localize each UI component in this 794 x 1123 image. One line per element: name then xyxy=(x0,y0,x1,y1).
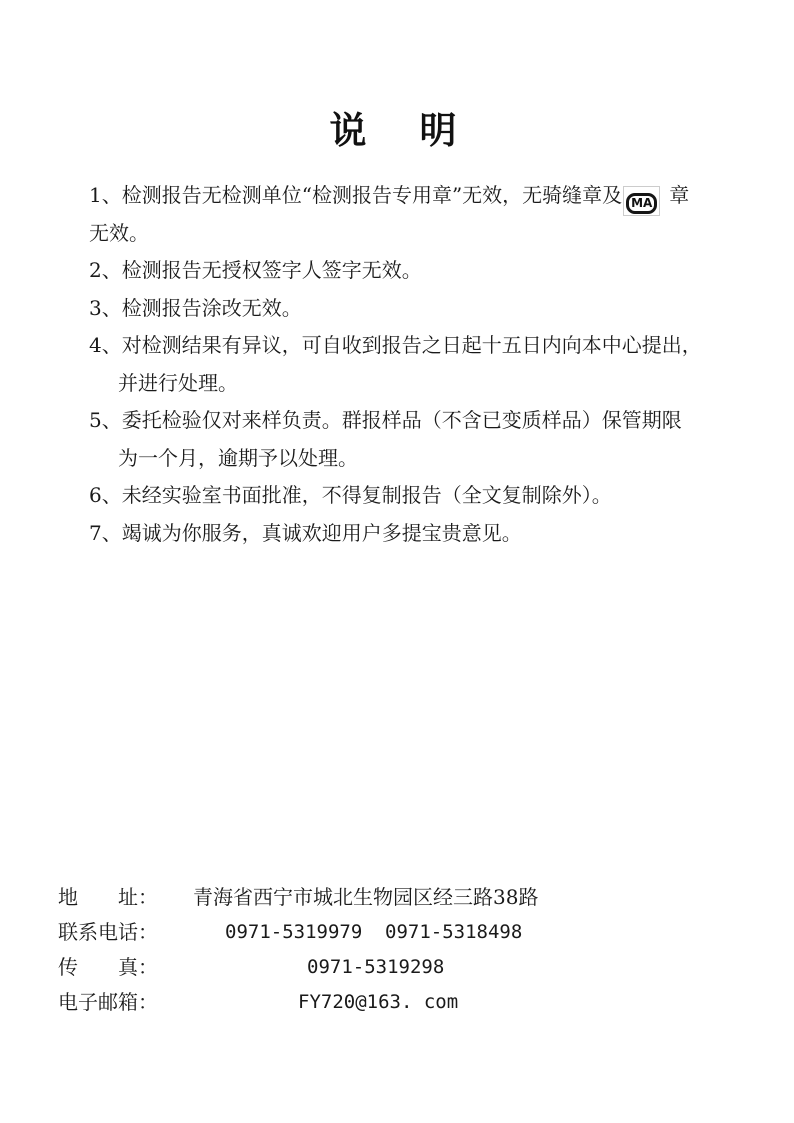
address-row: 地 址： 青海省西宁市城北生物园区经三路38路 xyxy=(58,880,748,915)
document-page: 说 明 1、检测报告无检测单位“检测报告专用章”无效，无骑缝章及MA章 无效。 … xyxy=(0,0,794,1123)
cma-mark-icon: MA xyxy=(623,186,660,216)
phone-value-1: 0971-5319979 xyxy=(225,915,362,950)
instruction-line: 1、检测报告无检测单位“检测报告专用章”无效，无骑缝章及MA章 xyxy=(89,177,702,215)
email-row: 电子邮箱： FY720@163. com xyxy=(58,985,748,1020)
instruction-line: 7、竭诚为你服务，真诚欢迎用户多提宝贵意见。 xyxy=(89,515,702,553)
instruction-text: 1、检测报告无检测单位“检测报告专用章”无效，无骑缝章及 xyxy=(89,183,622,207)
instruction-line: 无效。 xyxy=(89,215,702,253)
instruction-line: 4、对检测结果有异议，可自收到报告之日起十五日内向本中心提出， xyxy=(89,327,702,365)
page-title: 说 明 xyxy=(0,104,794,156)
instruction-line: 5、委托检验仅对来样负责。群报样品（不含已变质样品）保管期限 xyxy=(89,402,702,440)
instruction-line-continuation: 为一个月，逾期予以处理。 xyxy=(89,440,702,478)
phone-row: 联系电话： 0971-5319979 0971-5318498 xyxy=(58,915,748,950)
address-label: 地 址： xyxy=(58,885,158,909)
fax-row: 传 真： 0971-5319298 xyxy=(58,950,748,985)
cma-mark-letters: MA xyxy=(626,193,657,214)
email-value: FY720@163. com xyxy=(298,985,458,1020)
fax-label: 传 真： xyxy=(58,955,158,979)
instruction-line: 6、未经实验室书面批准，不得复制报告（全文复制除外）。 xyxy=(89,477,702,515)
contact-info: 地 址： 青海省西宁市城北生物园区经三路38路 联系电话： 0971-53199… xyxy=(58,880,748,1020)
instructions-list: 1、检测报告无检测单位“检测报告专用章”无效，无骑缝章及MA章 无效。 2、检测… xyxy=(89,177,702,552)
phone-value-2: 0971-5318498 xyxy=(385,915,522,950)
fax-value: 0971-5319298 xyxy=(307,950,444,985)
instruction-line-continuation: 并进行处理。 xyxy=(89,365,702,403)
instruction-text: 章 xyxy=(669,183,689,207)
instruction-line: 3、检测报告涂改无效。 xyxy=(89,290,702,328)
address-value: 青海省西宁市城北生物园区经三路38路 xyxy=(193,880,538,915)
email-label: 电子邮箱： xyxy=(58,990,158,1014)
phone-label: 联系电话： xyxy=(58,920,158,944)
instruction-line: 2、检测报告无授权签字人签字无效。 xyxy=(89,252,702,290)
